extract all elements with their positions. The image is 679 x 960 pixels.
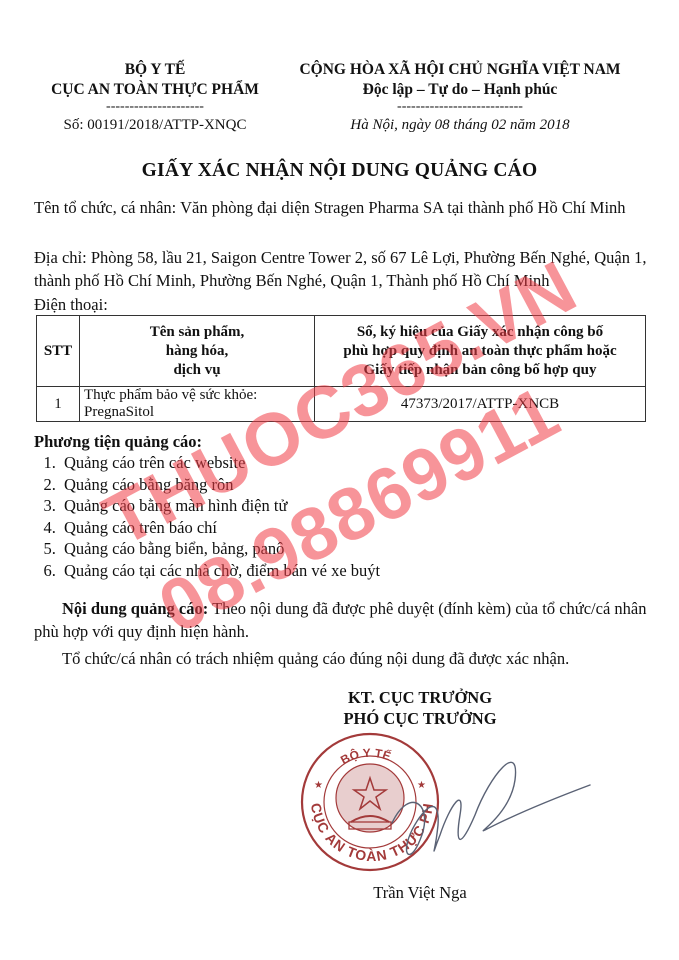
cell-stt: 1 (37, 387, 80, 422)
list-item: Quảng cáo tại các nhà chờ, điểm bán vé x… (60, 560, 380, 582)
header-cert-line: Giấy tiếp nhận bản công bố hợp quy (319, 361, 641, 380)
signature-title: KT. CỤC TRƯỞNG PHÓ CỤC TRƯỞNG (270, 687, 570, 729)
header-cert-line: Số, ký hiệu của Giấy xác nhận công bố (319, 323, 641, 342)
place-date: Hà Nội, ngày 08 tháng 02 năm 2018 (290, 114, 630, 136)
header-stt: STT (37, 316, 80, 387)
ministry-name: BỘ Y TẾ (10, 60, 300, 80)
agency-name: CỤC AN TOÀN THỰC PHẨM (10, 80, 300, 100)
content-label: Nội dung quảng cáo: (62, 599, 208, 618)
phone: Điện thoại: (34, 293, 654, 316)
handwritten-signature-icon (380, 745, 600, 895)
divider: --------------------- (10, 100, 300, 114)
responsibility: Tổ chức/cá nhân có trách nhiệm quảng cáo… (34, 647, 654, 670)
svg-text:★: ★ (314, 780, 323, 791)
header-product-line: hàng hóa, (84, 342, 310, 361)
list-item: Quảng cáo bằng màn hình điện tử (60, 495, 380, 517)
document-title: GIẤY XÁC NHẬN NỘI DUNG QUẢNG CÁO (0, 160, 679, 182)
signature-line-1: KT. CỤC TRƯỞNG (270, 687, 570, 708)
header-certificate: Số, ký hiệu của Giấy xác nhận công bố ph… (315, 316, 646, 387)
header-right: CỘNG HÒA XÃ HỘI CHỦ NGHĨA VIỆT NAM Độc l… (290, 60, 630, 136)
cell-product: Thực phẩm bảo vệ sức khỏe: PregnaSitol (80, 387, 315, 422)
header-product-line: dịch vụ (84, 361, 310, 380)
divider: --------------------------- (290, 100, 630, 114)
content-paragraph: Nội dung quảng cáo: Theo nội dung đã đượ… (34, 597, 654, 643)
cell-certificate: 47373/2017/ATTP-XNCB (315, 387, 646, 422)
address: Địa chỉ: Phòng 58, lầu 21, Saigon Centre… (34, 246, 654, 292)
list-item: Quảng cáo bằng biển, bảng, panô (60, 538, 380, 560)
nation-name: CỘNG HÒA XÃ HỘI CHỦ NGHĨA VIỆT NAM (290, 60, 630, 80)
product-table: STT Tên sản phẩm, hàng hóa, dịch vụ Số, … (36, 315, 646, 422)
header-cert-line: phù hợp quy định an toàn thực phẩm hoặc (319, 342, 641, 361)
organization: Tên tổ chức, cá nhân: Văn phòng đại diện… (34, 196, 654, 219)
header-product: Tên sản phẩm, hàng hóa, dịch vụ (80, 316, 315, 387)
list-item: Quảng cáo trên báo chí (60, 517, 380, 539)
header-product-line: Tên sản phẩm, (84, 323, 310, 342)
table-header-row: STT Tên sản phẩm, hàng hóa, dịch vụ Số, … (37, 316, 646, 387)
list-item: Quảng cáo bằng băng rôn (60, 474, 380, 496)
media-heading: Phương tiện quảng cáo: (34, 432, 202, 452)
doc-number: Số: 00191/2018/ATTP-XNQC (10, 114, 300, 136)
list-item: Quảng cáo trên các website (60, 452, 380, 474)
signer-name: Trần Việt Nga (270, 883, 570, 903)
media-list: Quảng cáo trên các website Quảng cáo bằn… (30, 452, 380, 581)
header-left: BỘ Y TẾ CỤC AN TOÀN THỰC PHẨM ----------… (10, 60, 300, 136)
motto: Độc lập – Tự do – Hạnh phúc (290, 80, 630, 100)
signature-line-2: PHÓ CỤC TRƯỞNG (270, 708, 570, 729)
table-row: 1 Thực phẩm bảo vệ sức khỏe: PregnaSitol… (37, 387, 646, 422)
